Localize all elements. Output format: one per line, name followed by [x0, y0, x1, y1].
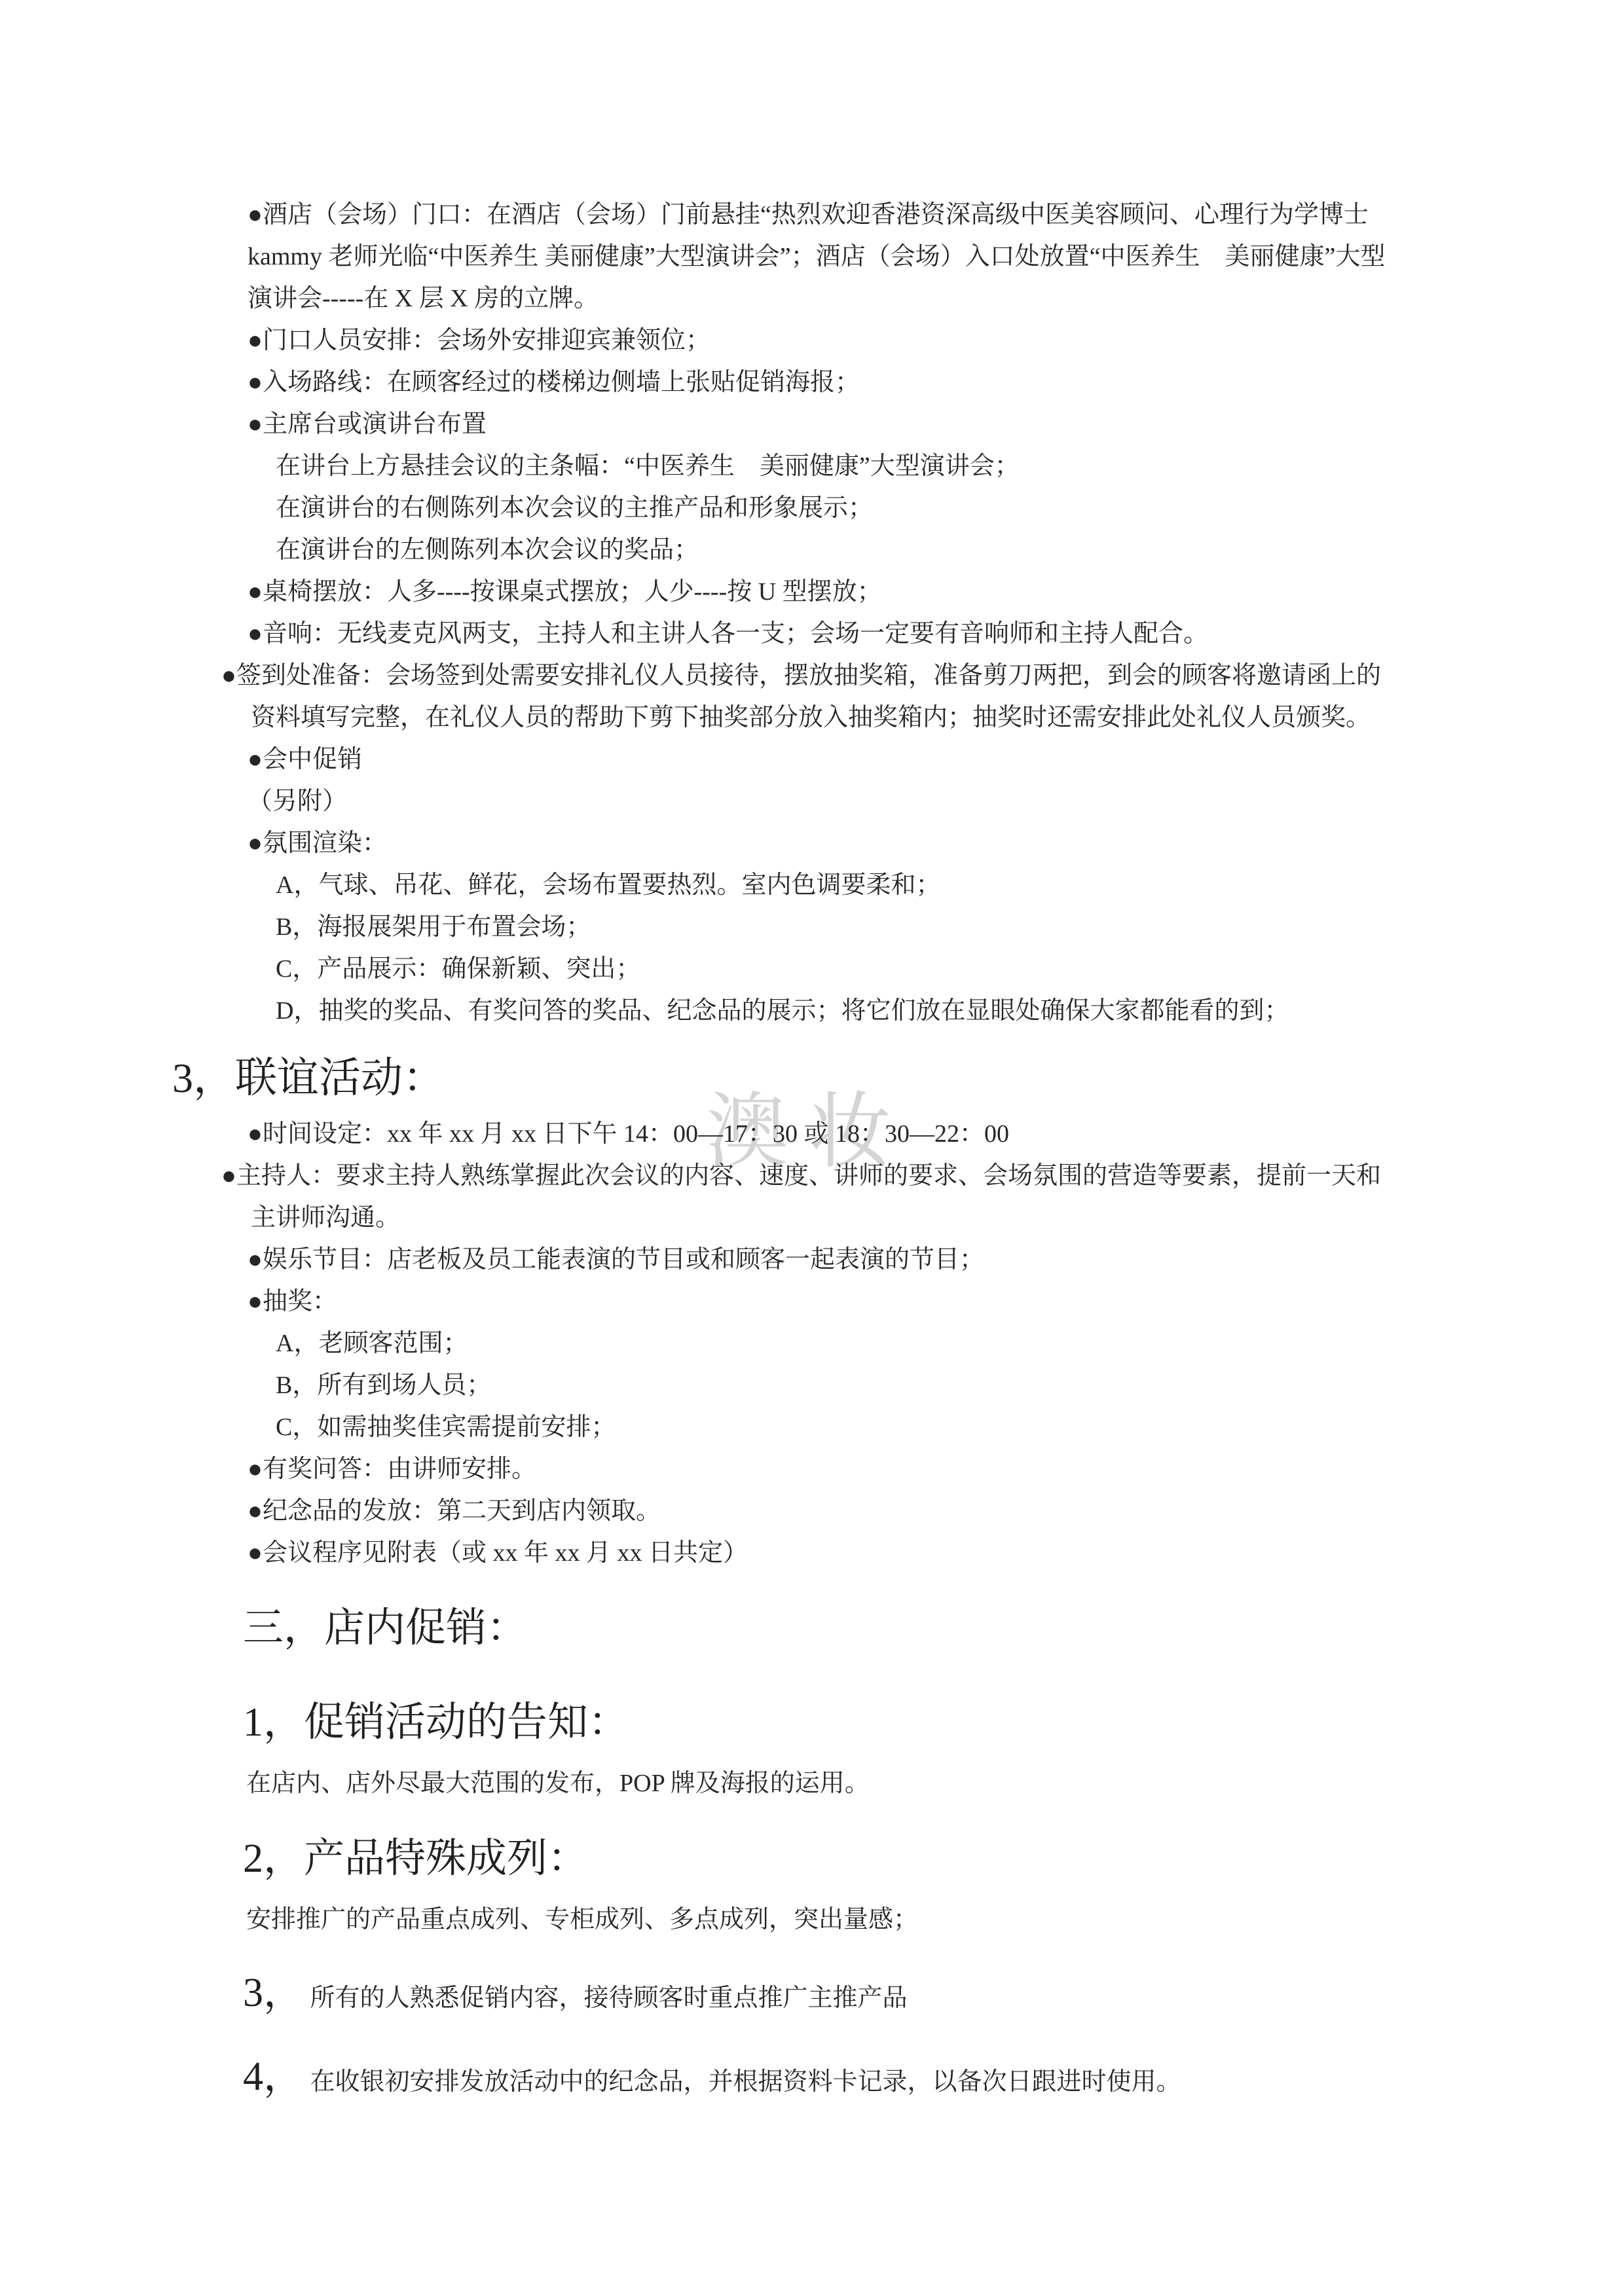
sub-item: 在演讲台的左侧陈列本次会议的奖品； [276, 529, 1428, 571]
document-body: ●酒店（会场）门口：在酒店（会场）门前悬挂“热烈欢迎香港资深高级中医美容顾问、心… [0, 0, 1624, 2108]
paragraph: 在店内、店外尽最大范围的发布，POP 牌及海报的运用。 [246, 1762, 1408, 1804]
sub-item: 在演讲台的右侧陈列本次会议的主推产品和形象展示； [276, 487, 1428, 529]
document-page: 澳 妆 ●酒店（会场）门口：在酒店（会场）门前悬挂“热烈欢迎香港资深高级中医美容… [0, 0, 1624, 2296]
bullet-item: ●娱乐节目：店老板及员工能表演的节目或和顾客一起表演的节目； [248, 1239, 1408, 1281]
sub-item: C，如需抽奖佳宾需提前安排； [276, 1406, 1428, 1448]
section-heading: 1，促销活动的告知： [243, 1700, 1624, 1745]
bullet-item: ●桌椅摆放：人多----按课桌式摆放；人少----按 U 型摆放； [248, 571, 1408, 613]
paragraph: 安排推广的产品重点成列、专柜成列、多点成列，突出量感； [246, 1899, 1408, 1941]
sub-item: D，抽奖的奖品、有奖问答的奖品、纪念品的展示；将它们放在显眼处确保大家都能看的到… [276, 990, 1428, 1032]
bullet-item: ●有奖问答：由讲师安排。 [248, 1448, 1408, 1490]
section-heading: 3，联谊活动： [172, 1055, 1624, 1101]
bullet-item: ●抽奖： [248, 1281, 1408, 1322]
bullet-item: ●氛围渲染： [248, 822, 1408, 864]
sub-item: A，老顾客范围； [276, 1322, 1428, 1364]
bullet-item: ●会议程序见附表（或 xx 年 xx 月 xx 日共定） [248, 1532, 1408, 1574]
sub-item: A，气球、吊花、鲜花，会场布置要热烈。室内色调要柔和； [276, 864, 1428, 906]
section-heading: 2，产品特殊成列： [243, 1836, 1624, 1882]
numbered-item: 4， 在收银初安排发放活动中的纪念品，并根据资料卡记录，以备次日跟进时使用。 [243, 2050, 1428, 2108]
bullet-item: ●音响：无线麦克风两支，主持人和主讲人各一支；会场一定要有音响师和主持人配合。 [248, 613, 1408, 655]
item-text: 在收银初安排发放活动中的纪念品，并根据资料卡记录，以备次日跟进时使用。 [304, 2068, 1181, 2096]
bullet-item: ●会中促销 [248, 738, 1408, 780]
big-number: 4， [243, 2054, 304, 2099]
sub-item: B，所有到场人员； [276, 1364, 1428, 1406]
bullet-item: ●时间设定：xx 年 xx 月 xx 日下午 14：00—17：30 或 18：… [248, 1113, 1408, 1155]
bullet-item: ●纪念品的发放：第二天到店内领取。 [248, 1490, 1408, 1532]
bullet-item: ●主持人：要求主持人熟练掌握此次会议的内容、速度、讲师的要求、会场氛围的营造等要… [251, 1155, 1403, 1239]
bullet-item: ●酒店（会场）门口：在酒店（会场）门前悬挂“热烈欢迎香港资深高级中医美容顾问、心… [248, 194, 1408, 319]
sub-item: 在讲台上方悬挂会议的主条幅：“中医养生 美丽健康”大型演讲会； [276, 445, 1428, 487]
paragraph: （另附） [248, 780, 1408, 822]
sub-item: C，产品展示：确保新颖、突出； [276, 948, 1428, 990]
bullet-item: ●签到处准备：会场签到处需要安排礼仪人员接待，摆放抽奖箱，准备剪刀两把，到会的顾… [251, 655, 1403, 738]
section-heading: 三，店内促销： [243, 1605, 1624, 1651]
item-text: 所有的人熟悉促销内容，接待顾客时重点推广主推产品 [304, 1984, 908, 2012]
bullet-item: ●入场路线：在顾客经过的楼梯边侧墙上张贴促销海报； [248, 361, 1408, 403]
big-number: 3， [243, 1971, 304, 2015]
numbered-item: 3， 所有的人熟悉促销内容，接待顾客时重点推广主推产品 [243, 1967, 1428, 2024]
bullet-item: ●主席台或演讲台布置 [248, 403, 1408, 445]
bullet-item: ●门口人员安排：会场外安排迎宾兼领位； [248, 319, 1408, 361]
sub-item: B，海报展架用于布置会场； [276, 906, 1428, 948]
